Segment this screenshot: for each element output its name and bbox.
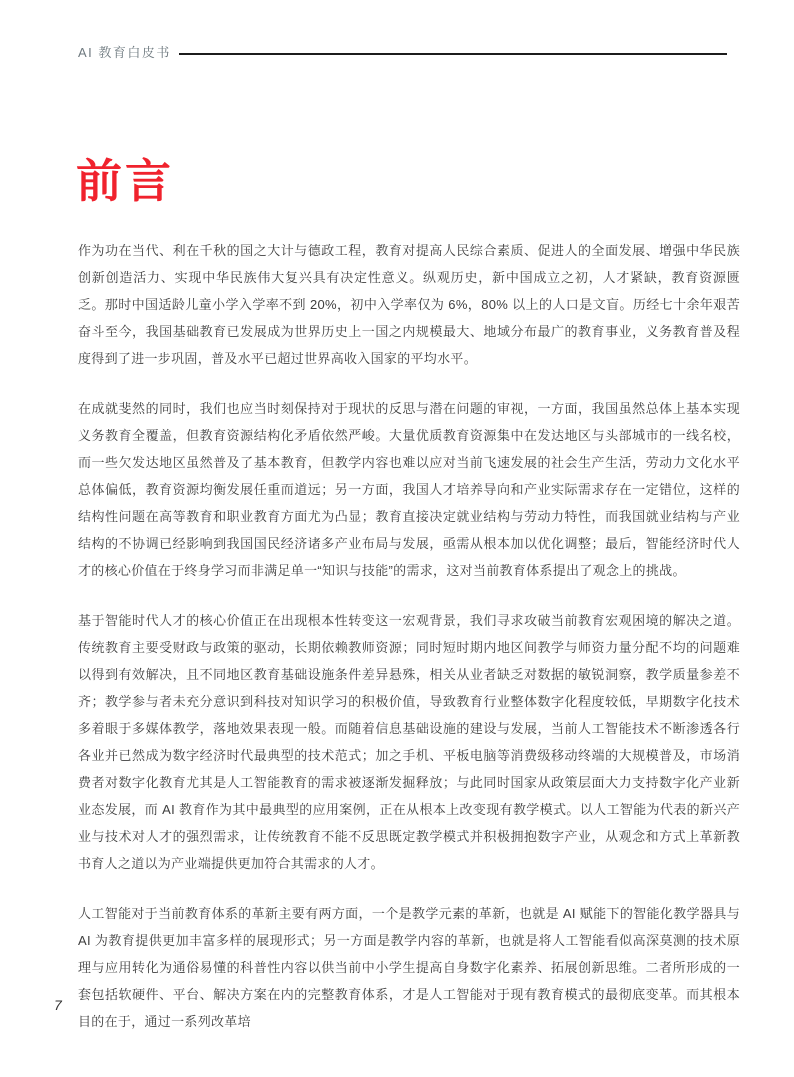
body-content: 作为功在当代、利在千秋的国之大计与德政工程，教育对提高人民综合素质、促进人的全面… [78, 237, 740, 1058]
running-header: AI 教育白皮书 [78, 44, 727, 62]
paragraph-1: 作为功在当代、利在千秋的国之大计与德政工程，教育对提高人民综合素质、促进人的全面… [78, 237, 740, 372]
paragraph-4: 人工智能对于当前教育体系的革新主要有两方面，一个是教学元素的革新，也就是 AI … [78, 900, 740, 1035]
section-title: 前言 [76, 151, 174, 211]
header-rule-line [179, 53, 727, 55]
paragraph-2: 在成就斐然的同时，我们也应当时刻保持对于现状的反思与潜在问题的审视，一方面，我国… [78, 395, 740, 584]
paragraph-3: 基于智能时代人才的核心价值正在出现根本性转变这一宏观背景，我们寻求攻破当前教育宏… [78, 607, 740, 877]
page-number: 7 [54, 997, 62, 1013]
document-page: AI 教育白皮书 前言 作为功在当代、利在千秋的国之大计与德政工程，教育对提高人… [0, 0, 794, 1077]
running-header-title: AI 教育白皮书 [78, 44, 171, 62]
